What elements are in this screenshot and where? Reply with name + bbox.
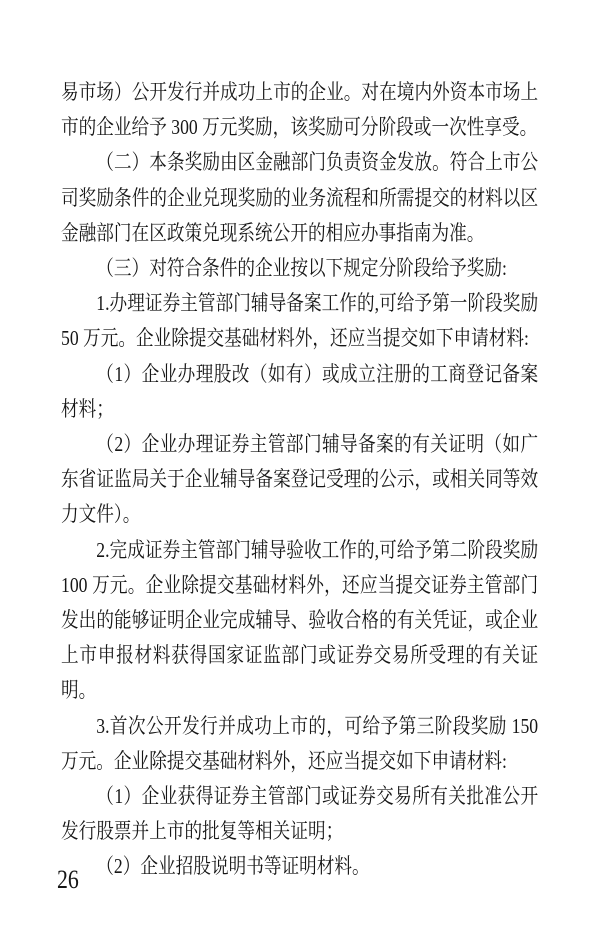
document-body: 易市场）公开发行并成功上市的企业。对在境内外资本市场上市的企业给予 300 万元… <box>61 75 538 885</box>
paragraph: （2）企业招股说明书等证明材料。 <box>61 849 538 884</box>
paragraph: 3.首次公开发行并成功上市的，可给予第三阶段奖励 150 万元。企业除提交基础材… <box>61 709 538 779</box>
paragraph: 2.完成证券主管部门辅导验收工作的,可给予第二阶段奖励 100 万元。企业除提交… <box>61 533 538 709</box>
paragraph: 1.办理证券主管部门辅导备案工作的,可给予第一阶段奖励 50 万元。企业除提交基… <box>61 286 538 356</box>
paragraph: （1）企业办理股改（如有）或成立注册的工商登记备案材料； <box>61 357 538 427</box>
page-number: 26 <box>57 867 79 893</box>
document-page: 易市场）公开发行并成功上市的企业。对在境内外资本市场上市的企业给予 300 万元… <box>0 0 600 942</box>
paragraph: 易市场）公开发行并成功上市的企业。对在境内外资本市场上市的企业给予 300 万元… <box>61 75 538 145</box>
paragraph: （二）本条奖励由区金融部门负责资金发放。符合上市公司奖励条件的企业兑现奖励的业务… <box>61 145 538 251</box>
paragraph: （三）对符合条件的企业按以下规定分阶段给予奖励: <box>61 251 538 286</box>
paragraph: （1）企业获得证券主管部门或证券交易所有关批准公开发行股票并上市的批复等相关证明… <box>61 779 538 849</box>
paragraph: （2）企业办理证券主管部门辅导备案的有关证明（如广东省证监局关于企业辅导备案登记… <box>61 427 538 533</box>
